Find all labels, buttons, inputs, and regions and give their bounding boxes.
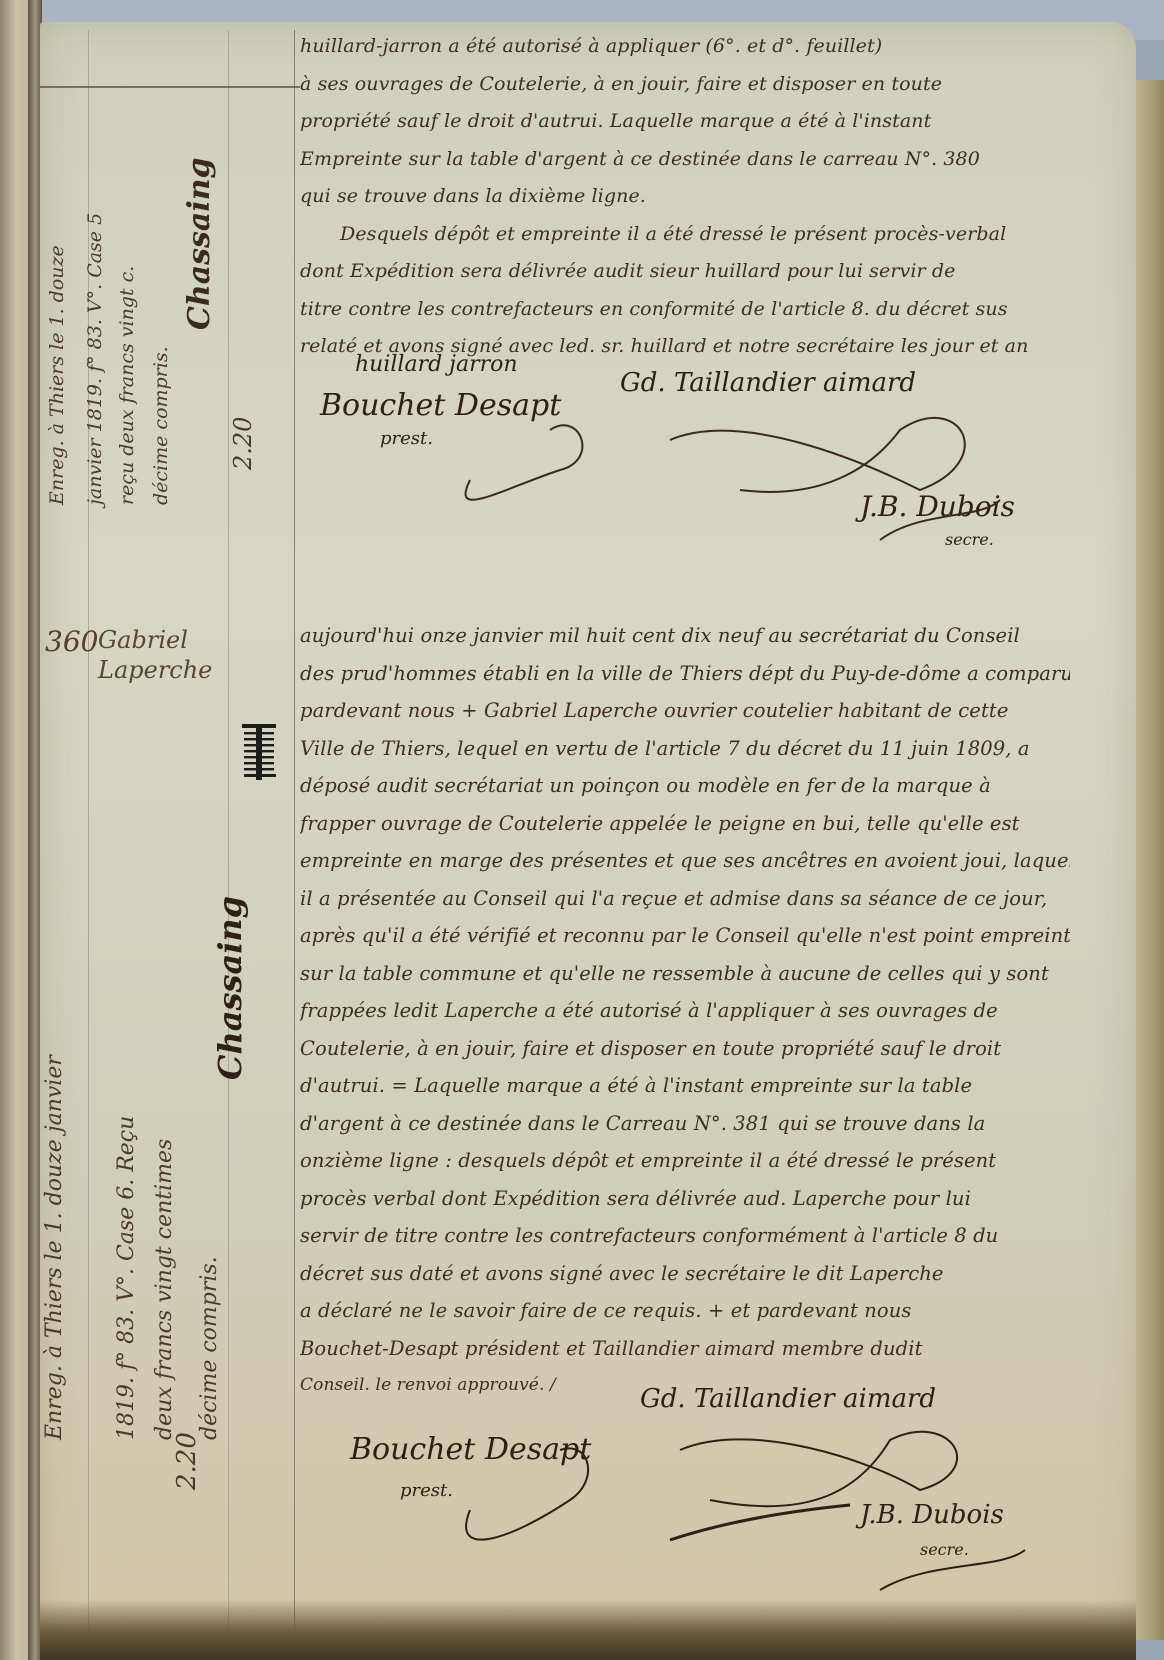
text-line: propriété sauf le droit d'autrui. Laquel… (300, 103, 1070, 141)
margin-note-line: 1819. f° 83. V°. Case 6. Reçu (112, 1116, 142, 1440)
text-line: procès verbal dont Expédition sera déliv… (300, 1180, 1070, 1218)
text-line: empreinte en marge des présentes et que … (300, 842, 1070, 880)
text-line: Ville de Thiers, lequel en vertu de l'ar… (300, 730, 1070, 768)
entry-first-name: Gabriel (98, 625, 212, 655)
margin-signature: Chassaing (185, 157, 215, 330)
entry-divider (40, 86, 300, 88)
text-line: qui se trouve dans la dixième ligne. (300, 178, 1070, 216)
margin-note-line: janvier 1819. f° 83. V°. Case 5 (80, 213, 110, 505)
text-line: décret sus daté et avons signé avec le s… (300, 1255, 1070, 1293)
margin-note-line: Enreg. à Thiers le 1. douze (42, 245, 72, 505)
margin-note-line: décime compris. (195, 1256, 225, 1440)
bottom-entry-body: aujourd'hui onze janvier mil huit cent d… (300, 617, 1070, 1405)
margin-fee: 2.20 (228, 417, 258, 470)
text-line: des prud'hommes établi en la ville de Th… (300, 655, 1070, 693)
margin-rule-2 (228, 30, 229, 1630)
text-line: sur la table commune et qu'elle ne resse… (300, 955, 1070, 993)
text-line: Desquels dépôt et empreinte il a été dre… (300, 216, 1070, 254)
text-line: à ses ouvrages de Coutelerie, à en jouir… (300, 66, 1070, 104)
margin-signature: Chassaing (215, 896, 245, 1080)
text-line: dont Expédition sera délivrée audit sieu… (300, 253, 1070, 291)
text-line: après qu'il a été vérifié et reconnu par… (300, 917, 1070, 955)
text-line: Coutelerie, à en jouir, faire et dispose… (300, 1030, 1070, 1068)
text-line: d'autrui. = Laquelle marque a été à l'in… (300, 1067, 1070, 1105)
text-line: Empreinte sur la table d'argent à ce des… (300, 141, 1070, 179)
margin-rule-3 (294, 30, 295, 1630)
margin-note-line: décime compris. (146, 346, 176, 505)
margin-note-line: reçu deux francs vingt c. (112, 266, 142, 505)
entry-last-name: Laperche (98, 655, 212, 685)
signature-flourish (450, 1400, 1050, 1600)
text-line: a déclaré ne le savoir faire de ce requi… (300, 1292, 1070, 1330)
comb-mark-icon (242, 724, 276, 780)
signature-title: prest. (380, 428, 433, 449)
text-line: titre contre les contrefacteurs en confo… (300, 291, 1070, 329)
top-entry-body: huillard-jarron a été autorisé à appliqu… (300, 28, 1070, 366)
text-line: frapper ouvrage de Coutelerie appelée le… (300, 805, 1070, 843)
text-line: aujourd'hui onze janvier mil huit cent d… (300, 617, 1070, 655)
text-line: pardevant nous + Gabriel Laperche ouvrie… (300, 692, 1070, 730)
text-line: frappées ledit Laperche a été autorisé à… (300, 992, 1070, 1030)
text-line: déposé audit secrétariat un poinçon ou m… (300, 767, 1070, 805)
signature-title: prest. (400, 1480, 453, 1501)
page-bottom-edge (40, 1600, 1136, 1660)
signature-flourish (440, 370, 1040, 570)
margin-note-line: Enreg. à Thiers le 1. douze janvier (40, 1055, 70, 1440)
text-line: d'argent à ce destinée dans le Carreau N… (300, 1105, 1070, 1143)
right-page-stack (1135, 80, 1164, 1640)
text-line: servir de titre contre les contrefacteur… (300, 1217, 1070, 1255)
margin-note-line: deux francs vingt centimes (150, 1139, 180, 1440)
text-line: huillard-jarron a été autorisé à appliqu… (300, 28, 1070, 66)
margin-fee: 2.20 (172, 1432, 202, 1490)
text-line: il a présentée au Conseil qui l'a reçue … (300, 880, 1070, 918)
text-line: onzième ligne : desquels dépôt et emprei… (300, 1142, 1070, 1180)
text-line: Bouchet-Desapt président et Taillandier … (300, 1330, 1070, 1368)
entry-number: 360 (45, 625, 98, 658)
entry-name: Gabriel Laperche (98, 625, 212, 685)
